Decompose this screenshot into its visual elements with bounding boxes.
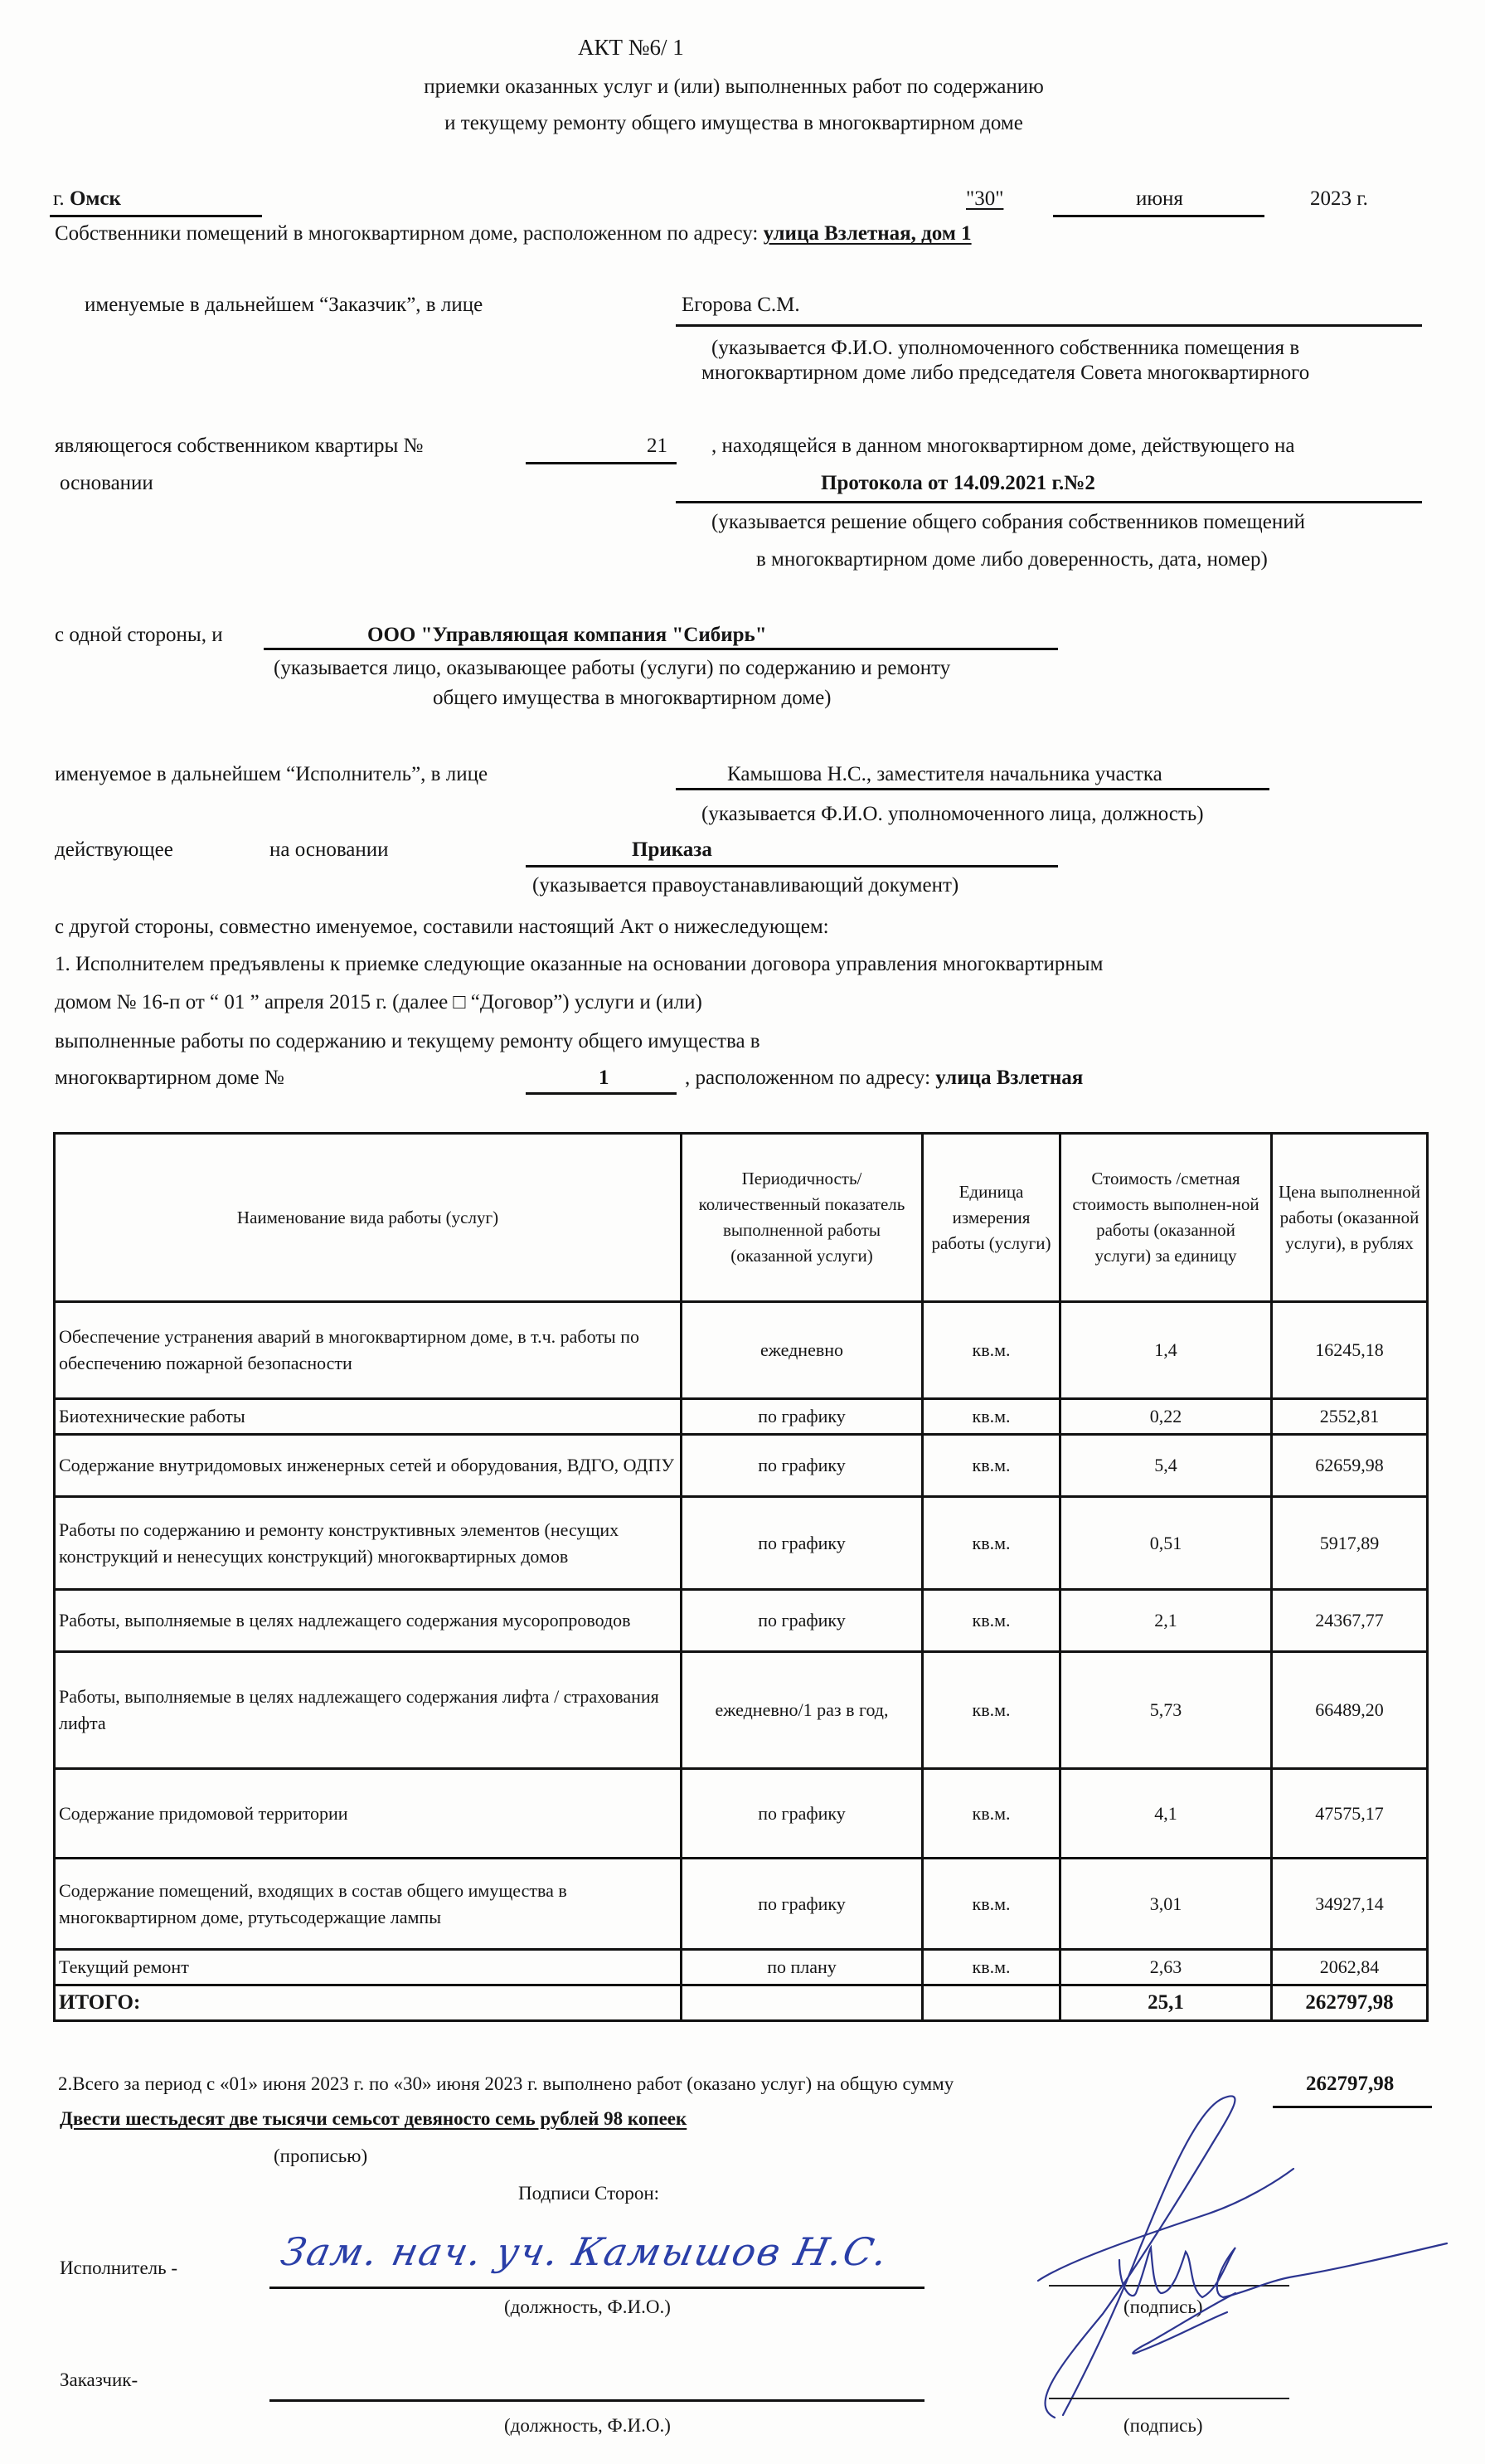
cell-work-name: ИТОГО: (55, 1985, 682, 2021)
date-day: "30" (966, 187, 1003, 211)
cell-unit: кв.м. (923, 1302, 1060, 1399)
table-row: Содержание внутридомовых инженерных сете… (55, 1435, 1428, 1497)
representative-hint: (указывается Ф.И.О. уполномоченного лица… (701, 802, 1204, 827)
cell-periodicity: по графику (682, 1590, 923, 1652)
item1-line4-suffix: , расположенном по адресу: улица Взлетна… (685, 1066, 1083, 1091)
house-number-underline (526, 1092, 677, 1095)
apartment-label: являющегося собственником квартиры № (55, 434, 423, 459)
executor-handwritten-name: Зам. нач. уч. Камышов Н.С. (277, 2229, 893, 2274)
item1-address: улица Взлетная (935, 1067, 1083, 1089)
contractor-company: ООО "Управляющая компания "Сибирь" (367, 623, 767, 648)
date-month: июня (1136, 187, 1183, 211)
cell-unit: кв.м. (923, 1399, 1060, 1435)
cell-work-name: Работы, выполняемые в целях надлежащего … (55, 1590, 682, 1652)
basis-label: основании (60, 471, 153, 496)
cell-rate: 0,51 (1060, 1497, 1272, 1590)
cell-price: 34927,14 (1272, 1859, 1428, 1950)
cell-unit: кв.м. (923, 1590, 1060, 1652)
cell-work-name: Биотехнические работы (55, 1399, 682, 1435)
month-underline (1053, 215, 1264, 217)
cell-rate: 4,1 (1060, 1769, 1272, 1859)
acting-label: действующее (55, 838, 173, 863)
cell-unit: кв.м. (923, 1950, 1060, 1985)
header-price: Цена выполненной работы (оказанной услуг… (1272, 1134, 1428, 1302)
customer-hint-line1: (указывается Ф.И.О. уполномоченного собс… (711, 336, 1299, 361)
company-underline (264, 648, 1058, 650)
cell-work-name: Содержание внутридомовых инженерных сете… (55, 1435, 682, 1497)
cell-unit: кв.м. (923, 1769, 1060, 1859)
act-title: АКТ №6/ 1 (578, 35, 684, 60)
apartment-suffix: , находящейся в данном многоквартирном д… (711, 434, 1295, 459)
company-hint-line2: общего имущества в многоквартирном доме) (433, 686, 832, 711)
header-unit: Единица измерения работы (услуги) (923, 1134, 1060, 1302)
cell-unit: кв.м. (923, 1435, 1060, 1497)
cell-periodicity (682, 1985, 923, 2021)
cell-rate: 5,4 (1060, 1435, 1272, 1497)
other-side-text: с другой стороны, совместно именуемое, с… (55, 915, 829, 940)
contractor-basis-label: на основании (269, 838, 389, 863)
contractor-basis-value: Приказа (632, 838, 712, 863)
item1-line2: домом № 16-п от “ 01 ” апреля 2015 г. (д… (55, 990, 702, 1015)
table-row: Текущий ремонт по плану кв.м. 2,63 2062,… (55, 1950, 1428, 1985)
table-row: Содержание помещений, входящих в состав … (55, 1859, 1428, 1950)
act-subtitle-line1: приемки оказанных услуг и (или) выполнен… (424, 75, 1044, 100)
table-row: Содержание придомовой территории по граф… (55, 1769, 1428, 1859)
cell-periodicity: ежедневно/1 раз в год, (682, 1652, 923, 1769)
cell-price: 2062,84 (1272, 1950, 1428, 1985)
cell-unit: кв.м. (923, 1497, 1060, 1590)
cell-price: 62659,98 (1272, 1435, 1428, 1497)
date-year: 2023 г. (1310, 187, 1368, 211)
city-prefix: г. (53, 187, 70, 210)
contractor-representative: Камышова Н.С., заместителя начальника уч… (727, 762, 1162, 787)
customer-hint-line2: многоквартирном доме либо председателя С… (701, 361, 1309, 386)
cell-work-name: Работы по содержанию и ремонту конструкт… (55, 1497, 682, 1590)
house-number: 1 (599, 1066, 609, 1091)
customer-signature-hint: (подпись) (1123, 2413, 1202, 2438)
item2-text: 2.Всего за период с «01» июня 2023 г. по… (58, 2072, 954, 2097)
cell-periodicity: по графику (682, 1769, 923, 1859)
cell-unit: кв.м. (923, 1859, 1060, 1950)
company-hint-line1: (указывается лицо, оказывающее работы (у… (274, 656, 950, 681)
owners-intro: Собственники помещений в многоквартирном… (55, 221, 972, 246)
customer-signature-line (1049, 2398, 1289, 2399)
cell-price: 47575,17 (1272, 1769, 1428, 1859)
contractor-basis-underline (526, 865, 1058, 868)
table-row: Работы по содержанию и ремонту конструкт… (55, 1497, 1428, 1590)
customer-position-hint: (должность, Ф.И.О.) (504, 2413, 671, 2438)
table-header-row: Наименование вида работы (услуг) Периоди… (55, 1134, 1428, 1302)
cell-work-name: Работы, выполняемые в целях надлежащего … (55, 1652, 682, 1769)
item1-line4-label: многоквартирном доме № (55, 1066, 284, 1091)
cell-unit: кв.м. (923, 1652, 1060, 1769)
city-underline (50, 215, 262, 217)
cell-rate: 2,1 (1060, 1590, 1272, 1652)
cell-periodicity: по плану (682, 1950, 923, 1985)
table-total-row: ИТОГО: 25,1 262797,98 (55, 1985, 1428, 2021)
table-row: Биотехнические работы по графику кв.м. 0… (55, 1399, 1428, 1435)
cell-work-name: Содержание помещений, входящих в состав … (55, 1859, 682, 1950)
table-row: Работы, выполняемые в целях надлежащего … (55, 1652, 1428, 1769)
table-row: Работы, выполняемые в целях надлежащего … (55, 1590, 1428, 1652)
signatures-title: Подписи Сторон: (518, 2181, 659, 2206)
apartment-underline (526, 462, 677, 464)
cell-price: 16245,18 (1272, 1302, 1428, 1399)
cell-periodicity: по графику (682, 1497, 923, 1590)
cell-periodicity: по графику (682, 1399, 923, 1435)
cell-rate: 1,4 (1060, 1302, 1272, 1399)
customer-position-line (269, 2399, 924, 2402)
customer-name: Егорова С.М. (682, 293, 800, 318)
works-table: Наименование вида работы (услуг) Периоди… (53, 1132, 1429, 2022)
executor-label: Исполнитель - (60, 2256, 177, 2281)
apartment-number: 21 (647, 434, 667, 459)
cell-periodicity: по графику (682, 1435, 923, 1497)
contractor-label: именуемое в дальнейшем “Исполнитель”, в … (55, 762, 488, 787)
cell-periodicity: ежедневно (682, 1302, 923, 1399)
cell-periodicity: по графику (682, 1859, 923, 1950)
owners-intro-text: Собственники помещений в многоквартирном… (55, 222, 758, 245)
basis-underline (676, 501, 1422, 503)
act-subtitle-line2: и текущему ремонту общего имущества в мн… (444, 111, 1023, 136)
basis-hint-line2: в многоквартирном доме либо доверенность… (756, 547, 1268, 572)
contractor-basis-hint: (указывается правоустанавливающий докуме… (532, 873, 958, 898)
cell-price: 262797,98 (1272, 1985, 1428, 2021)
basis-hint-line1: (указывается решение общего собрания соб… (711, 510, 1305, 535)
sum-in-words: Двести шестьдесят две тысячи семьсот дев… (60, 2107, 687, 2131)
cell-price: 2552,81 (1272, 1399, 1428, 1435)
table-row: Обеспечение устранения аварий в многоква… (55, 1302, 1428, 1399)
header-periodicity: Периодичность/количественный показатель … (682, 1134, 923, 1302)
cell-work-name: Текущий ремонт (55, 1950, 682, 1985)
cell-rate: 3,01 (1060, 1859, 1272, 1950)
city-name: Омск (70, 187, 121, 210)
one-side-label: с одной стороны, и (55, 623, 223, 648)
customer-name-underline (676, 324, 1422, 327)
header-work-name: Наименование вида работы (услуг) (55, 1134, 682, 1302)
cell-rate: 2,63 (1060, 1950, 1272, 1985)
executor-position-hint: (должность, Ф.И.О.) (504, 2295, 671, 2320)
owners-address: улица Взлетная, дом 1 (764, 222, 972, 245)
cell-work-name: Содержание придомовой территории (55, 1769, 682, 1859)
executor-signature (995, 2090, 1459, 2438)
basis-value: Протокола от 14.09.2021 г.№2 (821, 471, 1095, 496)
customer-label: именуемые в дальнейшем “Заказчик”, в лиц… (85, 293, 483, 318)
cell-work-name: Обеспечение устранения аварий в многоква… (55, 1302, 682, 1399)
executor-position-line (269, 2287, 924, 2289)
cell-rate: 25,1 (1060, 1985, 1272, 2021)
cell-rate: 0,22 (1060, 1399, 1272, 1435)
item1-address-label: , расположенном по адресу: (685, 1067, 930, 1089)
item1-line3: выполненные работы по содержанию и текущ… (55, 1029, 760, 1054)
city: г. Омск (53, 187, 121, 211)
header-rate: Стоимость /сметная стоимость выполнен-но… (1060, 1134, 1272, 1302)
representative-underline (676, 788, 1269, 790)
in-words-hint: (прописью) (274, 2144, 367, 2169)
cell-price: 5917,89 (1272, 1497, 1428, 1590)
cell-unit (923, 1985, 1060, 2021)
cell-rate: 5,73 (1060, 1652, 1272, 1769)
cell-price: 66489,20 (1272, 1652, 1428, 1769)
item1-line1: 1. Исполнителем предъявлены к приемке сл… (55, 952, 1103, 977)
cell-price: 24367,77 (1272, 1590, 1428, 1652)
customer-sign-label: Заказчик- (60, 2368, 138, 2393)
